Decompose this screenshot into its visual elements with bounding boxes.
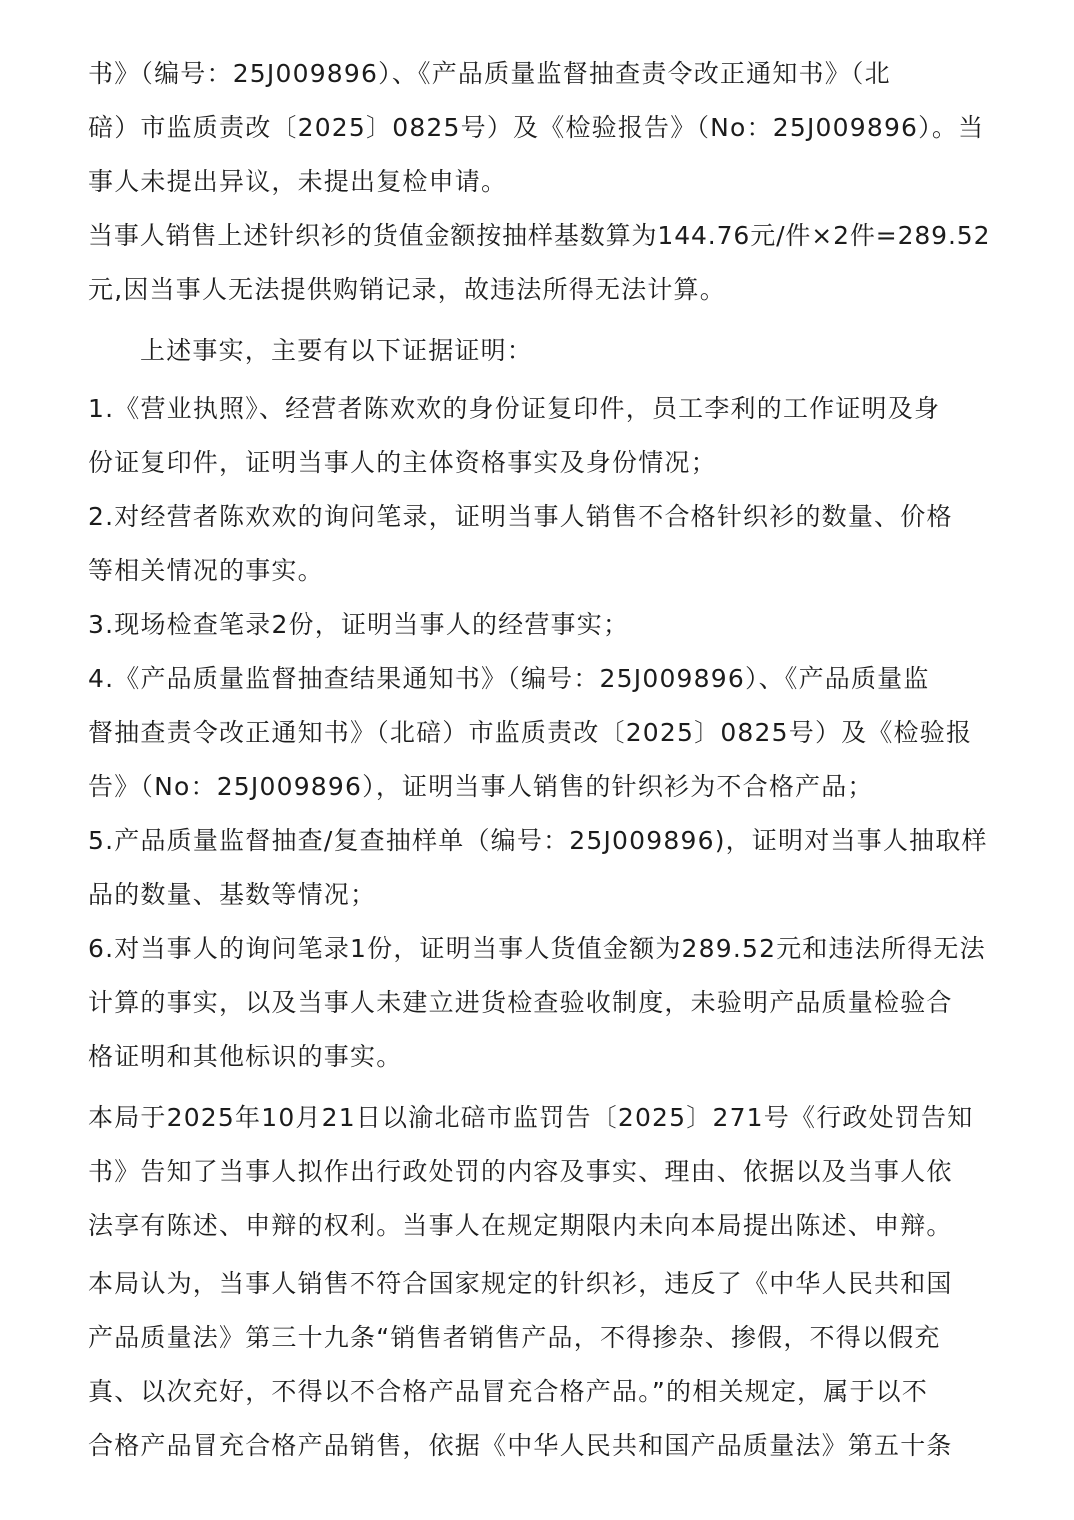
text-line: 产品质量法》第三十九条“销售者销售产品，不得掺杂、掺假，不得以假充 [88, 1323, 941, 1353]
text-line: 书》（编号：25J009896）、《产品质量监督抽查责令改正通知书》（北 [88, 59, 891, 89]
text-line: 品的数量、基数等情况； [88, 880, 376, 910]
text-line: 当事人销售上述针织衫的货值金额按抽样基数算为144.76元/件×2件=289.5… [88, 221, 990, 251]
text-line: 5.产品质量监督抽查/复查抽样单（编号：25J009896)，证明对当事人抽取样 [88, 826, 988, 856]
text-line: 上述事实，主要有以下证据证明： [140, 336, 533, 366]
text-line: 份证复印件，证明当事人的主体资格事实及身份情况； [88, 448, 717, 478]
text-line: 本局认为，当事人销售不符合国家规定的针织衫，违反了《中华人民共和国 [88, 1269, 953, 1299]
text-line: 6.对当事人的询问笔录1份，证明当事人货值金额为289.52元和违法所得无法 [88, 934, 986, 964]
text-line: 事人未提出异议，未提出复检申请。 [88, 167, 507, 197]
text-line: 书》告知了当事人拟作出行政处罚的内容及事实、理由、依据以及当事人依 [88, 1157, 953, 1187]
text-line: 2.对经营者陈欢欢的询问笔录，证明当事人销售不合格针织衫的数量、价格 [88, 502, 953, 532]
text-line: 元,因当事人无法提供购销记录，故违法所得无法计算。 [88, 275, 726, 305]
text-line: 等相关情况的事实。 [88, 556, 324, 586]
text-line: 4.《产品质量监督抽查结果通知书》（编号：25J009896）、《产品质量监 [88, 664, 930, 694]
text-line: 碚）市监质责改〔2025〕0825号）及《检验报告》（No：25J009896）… [88, 113, 984, 143]
text-line: 本局于2025年10月21日以渝北碚市监罚告〔2025〕271号《行政处罚告知 [88, 1103, 973, 1133]
text-line: 计算的事实，以及当事人未建立进货检查验收制度，未验明产品质量检验合 [88, 988, 953, 1018]
text-line: 督抽查责令改正通知书》（北碚）市监质责改〔2025〕0825号）及《检验报 [88, 718, 972, 748]
text-line: 法享有陈述、申辩的权利。当事人在规定期限内未向本局提出陈述、申辩。 [88, 1211, 953, 1241]
text-line: 1.《营业执照》、经营者陈欢欢的身份证复印件，员工李利的工作证明及身 [88, 394, 940, 424]
text-line: 真、以次充好，不得以不合格产品冒充合格产品。”的相关规定，属于以不 [88, 1377, 928, 1407]
text-line: 3.现场检查笔录2份，证明当事人的经营事实； [88, 610, 629, 640]
document-page: 书》（编号：25J009896）、《产品质量监督抽查责令改正通知书》（北 碚）市… [0, 0, 1074, 1520]
text-line: 格证明和其他标识的事实。 [88, 1042, 402, 1072]
text-line: 告》（No：25J009896），证明当事人销售的针织衫为不合格产品； [88, 772, 874, 802]
text-line: 合格产品冒充合格产品销售，依据《中华人民共和国产品质量法》第五十条 [88, 1431, 953, 1461]
